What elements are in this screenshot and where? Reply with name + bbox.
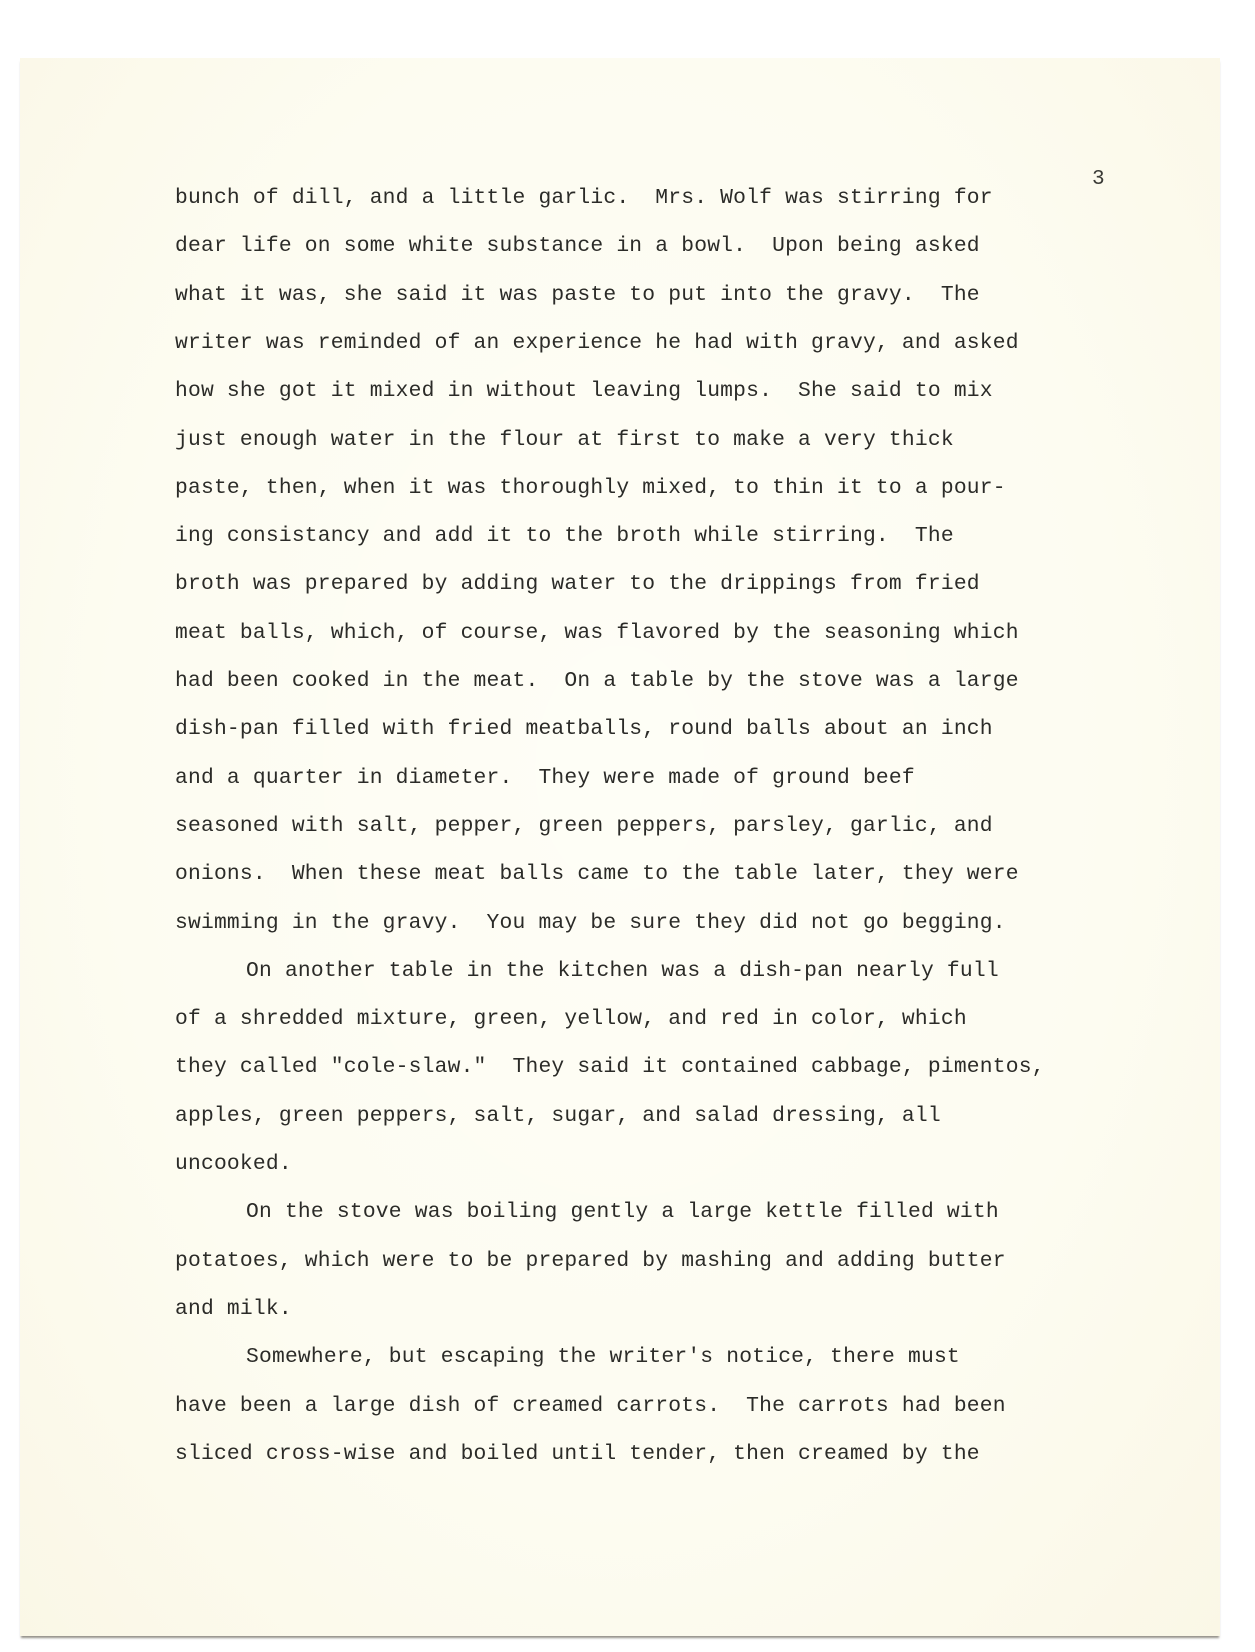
text-line: bunch of dill, and a little garlic. Mrs.…: [175, 186, 993, 210]
text-line: On the stove was boiling gently a large …: [246, 1200, 999, 1224]
text-line: On another table in the kitchen was a di…: [246, 959, 999, 983]
text-line: have been a large dish of creamed carrot…: [175, 1394, 1006, 1418]
text-line: sliced cross-wise and boiled until tende…: [175, 1442, 980, 1466]
text-line: writer was reminded of an experience he …: [175, 331, 1019, 355]
typewritten-page: 3 bunch of dill, and a little garlic. Mr…: [20, 58, 1220, 1636]
text-line: what it was, she said it was paste to pu…: [175, 283, 980, 307]
text-line: how she got it mixed in without leaving …: [175, 379, 993, 403]
text-line: potatoes, which were to be prepared by m…: [175, 1249, 1006, 1273]
text-line: just enough water in the flour at first …: [175, 428, 954, 452]
text-line: apples, green peppers, salt, sugar, and …: [175, 1104, 941, 1128]
text-line: broth was prepared by adding water to th…: [175, 572, 980, 596]
text-line: dish-pan filled with fried meatballs, ro…: [175, 717, 993, 741]
text-line: onions. When these meat balls came to th…: [175, 862, 1019, 886]
text-line: swimming in the gravy. You may be sure t…: [175, 911, 1006, 935]
text-line: uncooked.: [175, 1152, 292, 1176]
page-number: 3: [1092, 168, 1105, 191]
text-line: seasoned with salt, pepper, green pepper…: [175, 814, 993, 838]
text-line: and a quarter in diameter. They were mad…: [175, 766, 915, 790]
text-line: dear life on some white substance in a b…: [175, 234, 980, 258]
text-line: meat balls, which, of course, was flavor…: [175, 621, 1019, 645]
text-line: they called "cole-slaw." They said it co…: [175, 1055, 1045, 1079]
text-line: of a shredded mixture, green, yellow, an…: [175, 1007, 967, 1031]
text-line: ing consistancy and add it to the broth …: [175, 524, 954, 548]
text-line: had been cooked in the meat. On a table …: [175, 669, 1019, 693]
text-line: Somewhere, but escaping the writer's not…: [246, 1345, 960, 1369]
text-line: and milk.: [175, 1297, 292, 1321]
text-line: paste, then, when it was thoroughly mixe…: [175, 476, 1006, 500]
